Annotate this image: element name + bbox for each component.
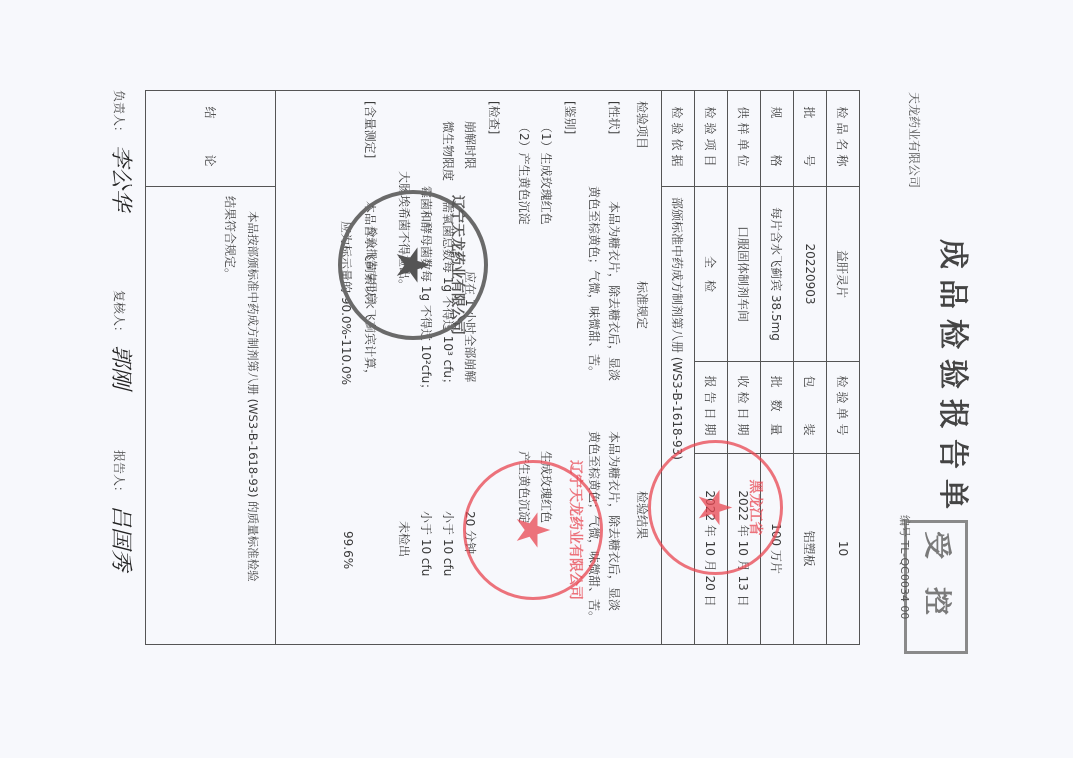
reporter-label: 报告人： <box>111 450 128 498</box>
info-label: 包 装 <box>794 361 826 453</box>
reporter-signature: 吕国秀 <box>107 505 138 571</box>
aerobic-result: 小于 10 cfu <box>440 511 457 576</box>
company-seal: ★ 辽宁天龙药业有限公司 检验报告专用章 <box>338 190 488 340</box>
assay-label: [含量测定] <box>362 101 379 158</box>
reviewer-label: 复核人： <box>111 290 128 338</box>
qa-seal: ★ 辽宁天龙药业有限公司 <box>463 460 603 600</box>
conclusion-text-1: 本品按部颁标准中药成方制剂第八册 (WS3-B-1618-93) 的质量标准检验 <box>245 211 261 582</box>
appearance-standard-1: 本品为糖衣片，除去糖衣后，显淡 <box>606 201 623 381</box>
ecoli-result: 未检出 <box>396 521 413 557</box>
identification-1-standard: （1）生成玫瑰红色 <box>538 121 555 225</box>
info-label: 检验单号 <box>827 361 859 453</box>
serial-label: 编号 <box>898 515 911 537</box>
col-standard-header: 标准规定 <box>634 281 651 329</box>
responsible-signature: 李公华 <box>107 145 138 211</box>
company-seal-sub: 检验报告专用章 <box>364 227 380 304</box>
info-value: 益肝灵片 <box>827 186 859 361</box>
province-seal-text: 黑龙江省 <box>746 480 766 536</box>
conclusion-label: 结 论 <box>146 91 276 186</box>
inspection-report-page: 成品检验报告单 天龙药业有限公司 受控 编号 TL-QC0034 00 检品名称… <box>0 0 1073 758</box>
info-label: 收检日期 <box>728 361 760 453</box>
star-icon: ★ <box>390 244 436 285</box>
company-seal-text: 辽宁天龙药业有限公司 <box>448 195 468 335</box>
controlled-stamp: 受控 <box>904 520 968 654</box>
qa-seal-text: 辽宁天龙药业有限公司 <box>566 460 586 600</box>
col-item-header: 检验项目 <box>634 101 651 149</box>
serial-value: TL-QC0034 00 <box>898 541 911 620</box>
info-value: 全 检 <box>695 186 727 361</box>
info-value: 每片含水飞蓟宾 38.5mg <box>761 186 793 361</box>
mold-result: 小于 10 cfu <box>418 511 435 576</box>
info-value: 口服固体制剂车间 <box>728 186 760 361</box>
appearance-result-1: 本品为糖衣片，除去糖衣后，显淡 <box>606 431 623 611</box>
serial-number: 编号 TL-QC0034 00 <box>897 515 913 619</box>
appearance-label: [性状] <box>606 101 623 134</box>
province-seal: ★ 黑龙江省 <box>648 440 783 575</box>
info-label: 检验项目 <box>695 91 727 186</box>
inspection-label: [检查] <box>486 101 503 134</box>
info-row: 批 号 20220903 包 装 铝塑板 <box>793 91 826 644</box>
appearance-standard-2: 黄色至棕黄色；气微，味微甜、苦。 <box>586 186 603 378</box>
info-value: 10 <box>827 453 859 643</box>
info-value: 20220903 <box>794 186 826 361</box>
identification-label: [鉴别] <box>562 101 579 134</box>
disintegration-label: 崩解时限 <box>462 121 479 169</box>
conclusion-text-2: 结果符合规定。 <box>222 196 239 280</box>
info-row: 规 格 每片含水飞蓟宾 38.5mg 批 数 量 100 万片 <box>760 91 793 644</box>
info-label: 规 格 <box>761 91 793 186</box>
conclusion-section: 结 论 本品按部颁标准中药成方制剂第八册 (WS3-B-1618-93) 的质量… <box>146 91 276 644</box>
info-label: 供样单位 <box>728 91 760 186</box>
microbial-label: 微生物限度 <box>440 121 457 181</box>
basis-label: 检验依据 <box>662 91 694 186</box>
results-section: 检验项目 标准规定 检验结果 [性状] 本品为糖衣片，除去糖衣后，显淡 黄色至棕… <box>275 91 661 644</box>
info-row: 检品名称 益肝灵片 检验单号 10 <box>826 91 859 644</box>
info-label: 批 数 量 <box>761 361 793 453</box>
info-label: 批 号 <box>794 91 826 186</box>
info-label: 检品名称 <box>827 91 859 186</box>
reviewer-signature: 郭刚 <box>107 345 138 389</box>
company-name: 天龙药业有限公司 <box>906 92 923 188</box>
star-icon: ★ <box>510 509 556 550</box>
info-value: 铝塑板 <box>794 453 826 643</box>
responsible-label: 负责人： <box>111 90 128 138</box>
assay-result: 99.6% <box>341 531 355 569</box>
basis-value: 部颁标准中药成方制剂第八册 (WS3-B-1618-93) <box>662 186 694 643</box>
star-icon: ★ <box>693 487 739 528</box>
identification-2-standard: （2）产生黄色沉淀 <box>516 121 533 225</box>
divider <box>146 186 276 187</box>
